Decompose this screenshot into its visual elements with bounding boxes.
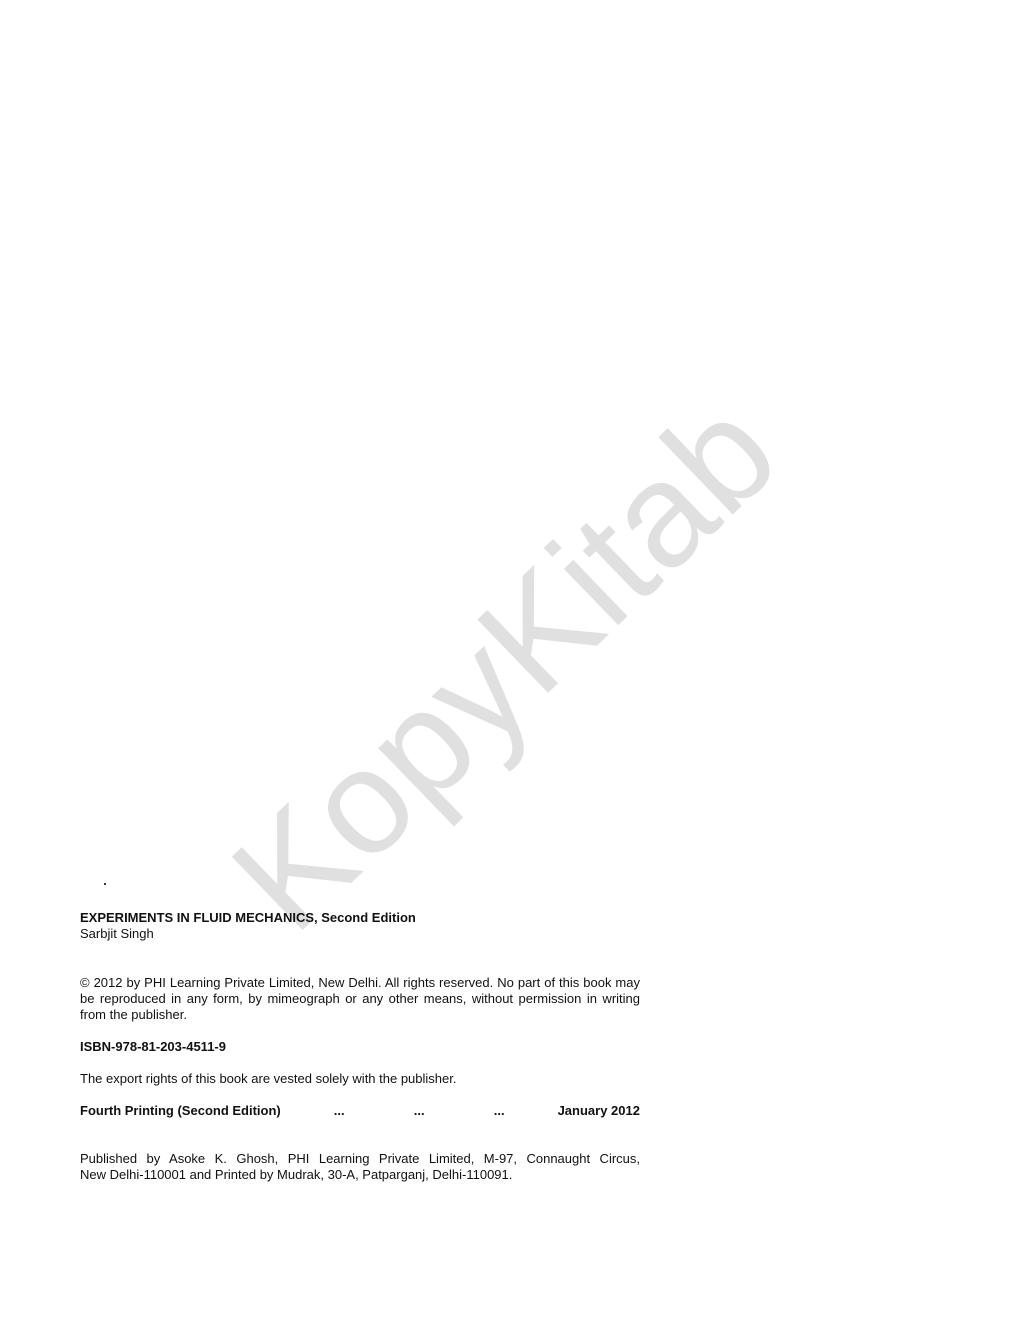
separator: ... <box>379 1103 459 1119</box>
watermark: KopyKitab <box>208 374 803 955</box>
printing-label: Fourth Printing (Second Edition) <box>80 1103 281 1119</box>
copyright-notice: © 2012 by PHI Learning Private Limited, … <box>80 975 640 1023</box>
printing-date: January 2012 <box>558 1103 640 1119</box>
title-block: EXPERIMENTS IN FLUID MECHANICS, Second E… <box>80 910 640 942</box>
printing-line: Fourth Printing (Second Edition) ... ...… <box>80 1103 640 1119</box>
export-rights: The export rights of this book are veste… <box>80 1071 640 1087</box>
separator: ... <box>459 1103 539 1119</box>
stray-dot <box>104 883 106 885</box>
book-author: Sarbjit Singh <box>80 926 640 942</box>
publisher-info: Published by Asoke K. Ghosh, PHI Learnin… <box>80 1151 640 1183</box>
book-title: EXPERIMENTS IN FLUID MECHANICS, Second E… <box>80 910 640 926</box>
publisher-line-1: Published by Asoke K. Ghosh, PHI Learnin… <box>80 1151 640 1167</box>
publisher-line-2: New Delhi-110001 and Printed by Mudrak, … <box>80 1167 640 1183</box>
isbn: ISBN-978-81-203-4511-9 <box>80 1039 640 1055</box>
separator: ... <box>299 1103 379 1119</box>
printing-separators: ... ... ... <box>299 1103 539 1119</box>
